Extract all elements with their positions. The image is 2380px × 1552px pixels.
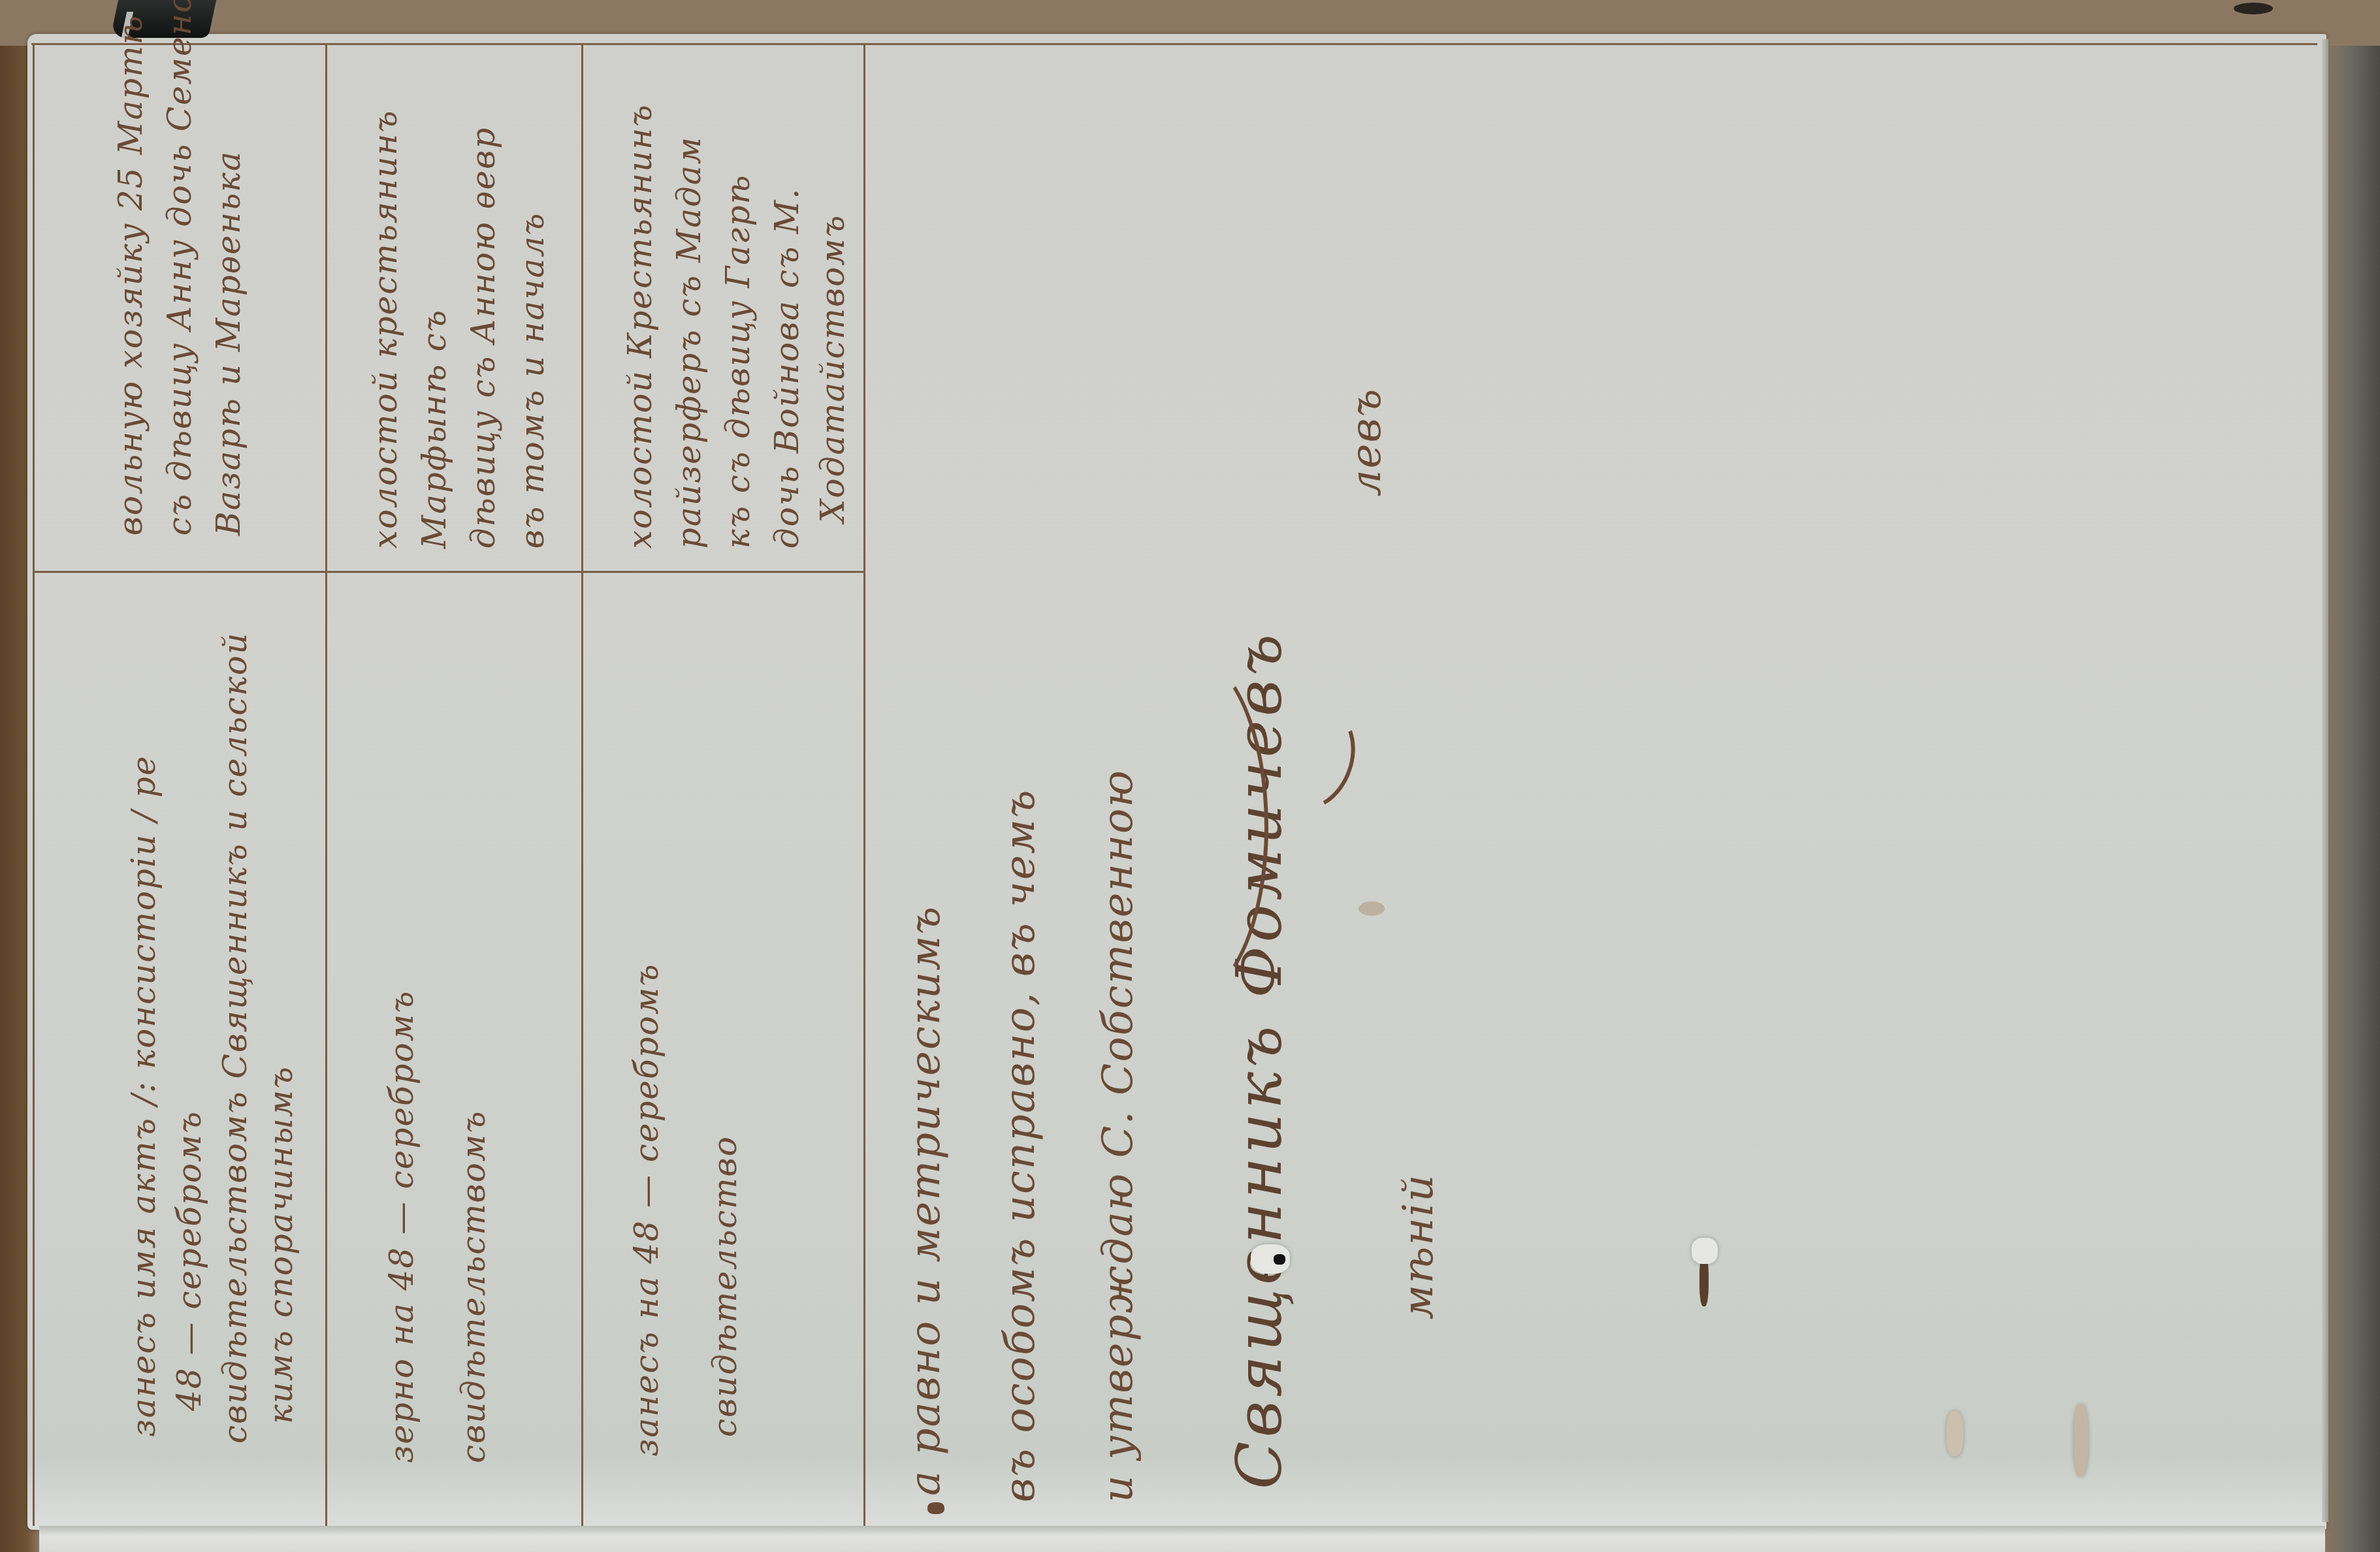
cell-line: дѣвицу съ Анною ѳевр [467,127,500,549]
signature-note: мѣній [1398,1174,1439,1319]
table-left-rule [33,43,35,1526]
cell-line: Вазарѣ и Марѳенька [212,150,245,536]
paper-tear [1946,1411,1963,1457]
cell-line: къ съ дѣвицу Гагрѣ [722,174,754,549]
closing-line-1: а равно и метрическимъ [905,905,946,1496]
table-top-rule [31,43,2317,45]
cell-line: дочь Войнова съ М. [771,187,803,549]
cell-line: кимъ спорачинымъ [265,1065,297,1424]
cell-line: свидѣтельствомъ Священникъ и сельской [219,632,251,1444]
table-row-divider-2 [581,43,583,1526]
paper-fold-edge [39,1526,2325,1552]
paper-slit-rim [1692,1238,1718,1264]
cell-line: Марфынѣ съ [418,309,451,549]
table-column-divider [33,571,865,573]
cell-line: зерно на 48 — серебромъ [385,990,418,1463]
signature-suffix: левъ [1345,387,1387,496]
closing-line-2: въ особомъ исправно, въ чемъ [999,789,1041,1503]
paper-right-edge [2322,39,2328,1522]
cell-line: Ходатайствомъ [816,214,849,523]
cell-line: занесъ на 48 — серебромъ [630,963,663,1457]
cell-line: съ дѣвицу Анну дочь Семенова [163,0,196,536]
cell-line: свидѣтельствомъ [457,1110,490,1463]
cell-line: занесъ имя актъ /: консисторіи / ре [127,755,160,1437]
cell-line: холостой крестьянинъ [369,110,402,549]
cell-line: холостой Крестьянинъ [624,104,656,549]
cell-line: въ томъ и началъ [516,212,549,549]
cell-line: вольную хозяйку 25 Мартѣ [114,14,147,536]
signature-flourish [1110,653,1268,1001]
ink-puncture [1274,1254,1285,1265]
cell-line: райзерферъ съ Мадам [673,136,705,549]
ink-stain [1359,901,1385,916]
cell-line: 48 — серебромъ [173,1110,206,1411]
table-row-divider-1 [325,43,327,1526]
table-row-divider-3 [863,43,865,1526]
ink-blot [927,1502,944,1514]
background-hole [2234,3,2273,14]
paper-tear [2074,1404,2088,1476]
cell-line: свидѣтельство [709,1135,741,1437]
